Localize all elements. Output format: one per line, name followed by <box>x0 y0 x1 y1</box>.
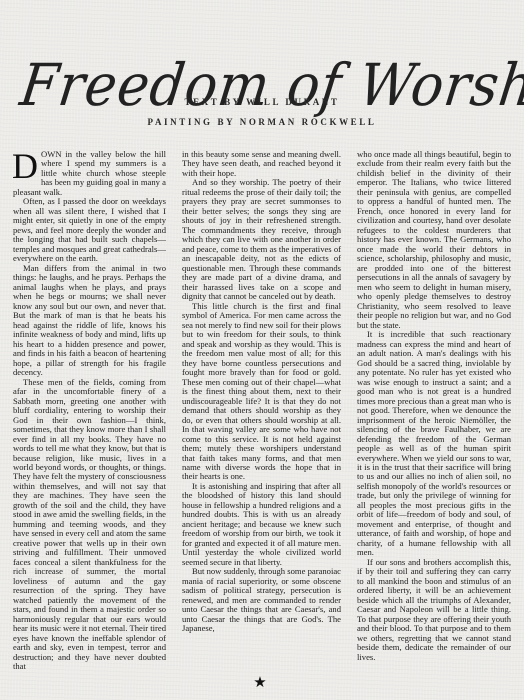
paragraph: It is astonishing and inspiring that aft… <box>182 482 341 567</box>
column-right: who once made all things beautiful, begi… <box>357 150 511 662</box>
article-title: Freedom of Worship <box>16 43 509 127</box>
paragraph: It is incredible that such reactionary m… <box>357 330 511 558</box>
paragraph: If our sons and brothers accomplish this… <box>357 558 511 662</box>
paragraph: in this beauty some sense and meaning dw… <box>182 150 341 178</box>
paragraph: DOWN in the valley below the hill where … <box>13 150 166 197</box>
paragraph: And so they worship. The poetry of their… <box>182 178 341 301</box>
paragraph: But now suddenly, through some paranoiac… <box>182 567 341 633</box>
author-byline: TEXT BY WILL DURANT <box>0 97 524 107</box>
paragraph: Man differs from the animal in two thing… <box>13 264 166 378</box>
paragraph: These men of the fields, coming from afa… <box>13 378 166 672</box>
star-end-mark-icon: ★ <box>252 674 268 690</box>
column-middle: in this beauty some sense and meaning dw… <box>182 150 341 634</box>
drop-cap: D <box>12 151 38 179</box>
illustrator-byline: PAINTING BY NORMAN ROCKWELL <box>0 117 524 127</box>
column-left: DOWN in the valley below the hill where … <box>13 150 166 672</box>
paragraph: who once made all things beautiful, begi… <box>357 150 511 330</box>
paragraph: Often, as I passed the door on weekdays … <box>13 197 166 263</box>
paragraph: This little church is the first and fina… <box>182 302 341 482</box>
magazine-page: Freedom of Worship TEXT BY WILL DURANT P… <box>0 0 524 700</box>
